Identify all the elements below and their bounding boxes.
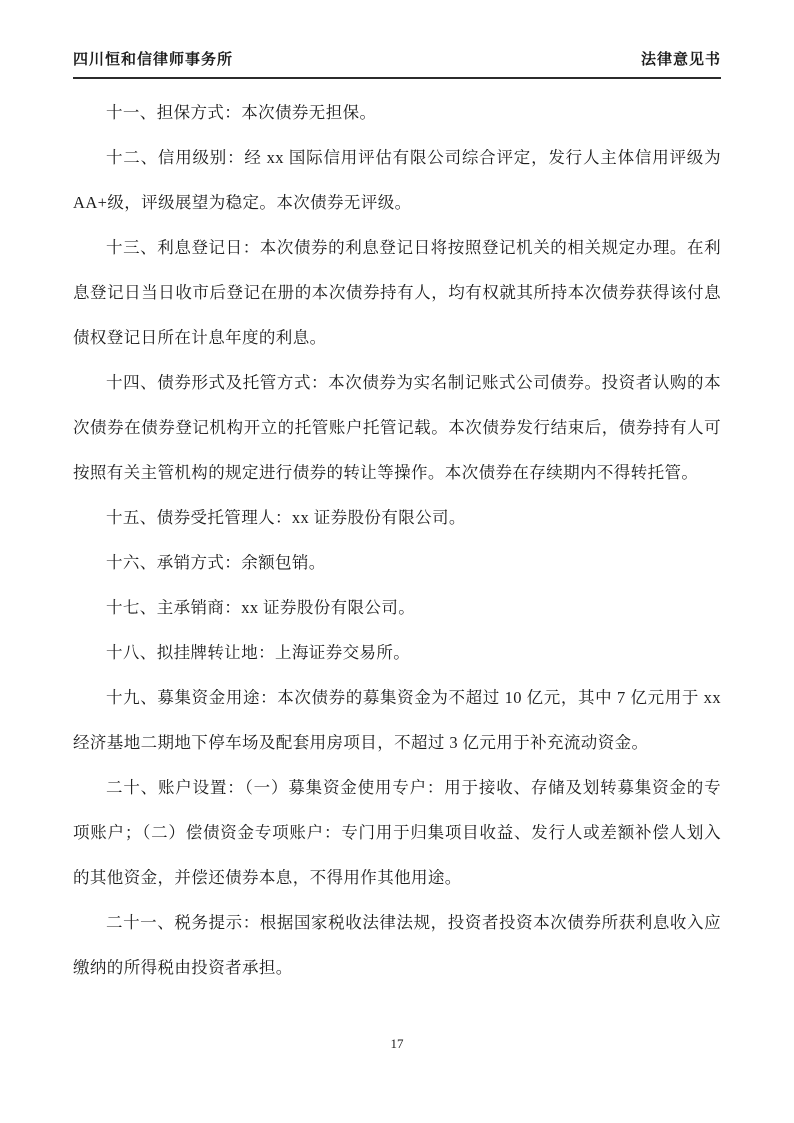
header-firm-name: 四川恒和信律师事务所 — [73, 50, 233, 70]
page-number: 17 — [391, 1036, 404, 1051]
page-footer: 17 — [0, 1036, 794, 1052]
paragraph-18-listing-venue: 十八、拟挂牌转让地：上海证券交易所。 — [73, 630, 721, 675]
paragraph-21-tax-notice: 二十一、税务提示：根据国家税收法律法规，投资者投资本次债券所获利息收入应缴纳的所… — [73, 900, 721, 990]
header-doc-type: 法律意见书 — [641, 50, 721, 70]
paragraph-16-underwriting: 十六、承销方式：余额包销。 — [73, 540, 721, 585]
paragraph-12-credit-rating: 十二、信用级别：经 xx 国际信用评估有限公司综合评定，发行人主体信用评级为 A… — [73, 135, 721, 225]
paragraph-11-guarantee: 十一、担保方式：本次债券无担保。 — [73, 90, 721, 135]
paragraph-15-trustee: 十五、债券受托管理人：xx 证券股份有限公司。 — [73, 495, 721, 540]
paragraph-17-lead-underwriter: 十七、主承销商：xx 证券股份有限公司。 — [73, 585, 721, 630]
document-body: 十一、担保方式：本次债券无担保。 十二、信用级别：经 xx 国际信用评估有限公司… — [73, 90, 721, 990]
paragraph-19-use-of-proceeds: 十九、募集资金用途：本次债券的募集资金为不超过 10 亿元，其中 7 亿元用于 … — [73, 675, 721, 765]
paragraph-20-accounts: 二十、账户设置：（一）募集资金使用专户：用于接收、存储及划转募集资金的专项账户；… — [73, 765, 721, 900]
paragraph-13-interest-record: 十三、利息登记日：本次债券的利息登记日将按照登记机关的相关规定办理。在利息登记日… — [73, 225, 721, 360]
page-header: 四川恒和信律师事务所 法律意见书 — [73, 0, 721, 79]
document-page: 四川恒和信律师事务所 法律意见书 十一、担保方式：本次债券无担保。 十二、信用级… — [0, 0, 794, 1123]
paragraph-14-bond-form: 十四、债券形式及托管方式：本次债券为实名制记账式公司债券。投资者认购的本次债券在… — [73, 360, 721, 495]
